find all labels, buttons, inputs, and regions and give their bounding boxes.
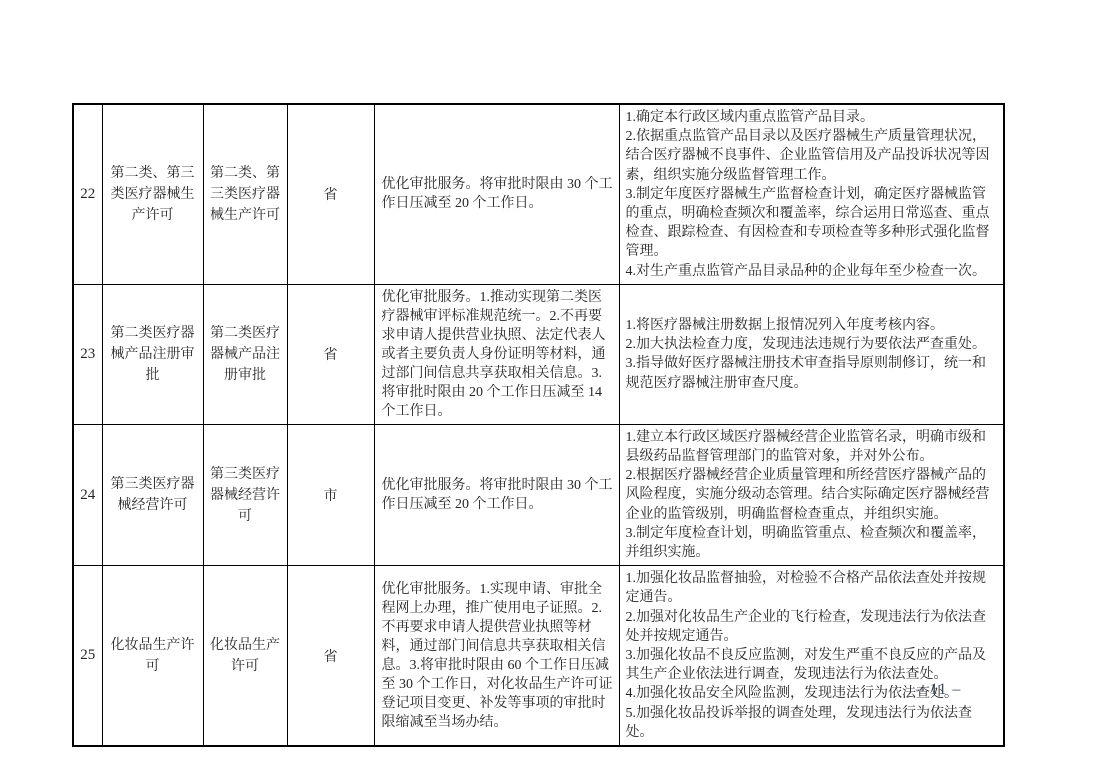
cell-approval-measures: 优化审批服务。将审批时限由 30 个工作日压减至 20 个工作日。 [374,424,619,565]
table-row: 23 第二类医疗器械产品注册审批 第二类医疗器械产品注册审批 省 优化审批服务。… [73,284,1004,424]
cell-sub-item-name: 化妆品生产许可 [203,566,287,746]
cell-item-number: 23 [73,284,102,424]
cell-admin-level: 省 [287,566,374,746]
cell-admin-level: 省 [287,104,374,284]
cell-supervision-measures: 1.加强化妆品监督抽验，对检验不合格产品依法查处并按规定通告。 2.加强对化妆品… [619,566,1004,746]
document-page: 22 第二类、第三类医疗器械生产许可 第二类、第三类医疗器械生产许可 省 优化审… [0,0,1116,778]
cell-sub-item-name: 第二类医疗器械产品注册审批 [203,284,287,424]
cell-item-number: 24 [73,424,102,565]
cell-item-number: 22 [73,104,102,284]
page-number: – 11 – [916,681,961,699]
table-row: 24 第三类医疗器械经营许可 第三类医疗器械经营许可 市 优化审批服务。将审批时… [73,424,1004,565]
cell-sub-item-name: 第三类医疗器械经营许可 [203,424,287,565]
cell-supervision-measures: 1.确定本行政区域内重点监管产品目录。 2.依据重点监管产品目录以及医疗器械生产… [619,104,1004,284]
cell-approval-measures: 优化审批服务。将审批时限由 30 个工作日压减至 20 个工作日。 [374,104,619,284]
cell-supervision-measures: 1.将医疗器械注册数据上报情况列入年度考核内容。 2.加大执法检查力度，发现违法… [619,284,1004,424]
table-row: 25 化妆品生产许可 化妆品生产许可 省 优化审批服务。1.实现申请、审批全程网… [73,566,1004,746]
cell-item-number: 25 [73,566,102,746]
cell-sub-item-name: 第二类、第三类医疗器械生产许可 [203,104,287,284]
cell-admin-level: 市 [287,424,374,565]
cell-approval-measures: 优化审批服务。1.实现申请、审批全程网上办理，推广使用电子证照。2.不再要求申请… [374,566,619,746]
cell-item-name: 第二类、第三类医疗器械生产许可 [102,104,203,284]
cell-item-name: 第三类医疗器械经营许可 [102,424,203,565]
table-row: 22 第二类、第三类医疗器械生产许可 第二类、第三类医疗器械生产许可 省 优化审… [73,104,1004,284]
cell-supervision-measures: 1.建立本行政区域医疗器械经营企业监管名录，明确市级和县级药品监督管理部门的监管… [619,424,1004,565]
cell-admin-level: 省 [287,284,374,424]
cell-item-name: 第二类医疗器械产品注册审批 [102,284,203,424]
cell-item-name: 化妆品生产许可 [102,566,203,746]
cell-approval-measures: 优化审批服务。1.推动实现第二类医疗器械审评标准规范统一。2.不再要求申请人提供… [374,284,619,424]
approval-items-table: 22 第二类、第三类医疗器械生产许可 第二类、第三类医疗器械生产许可 省 优化审… [72,103,1005,747]
